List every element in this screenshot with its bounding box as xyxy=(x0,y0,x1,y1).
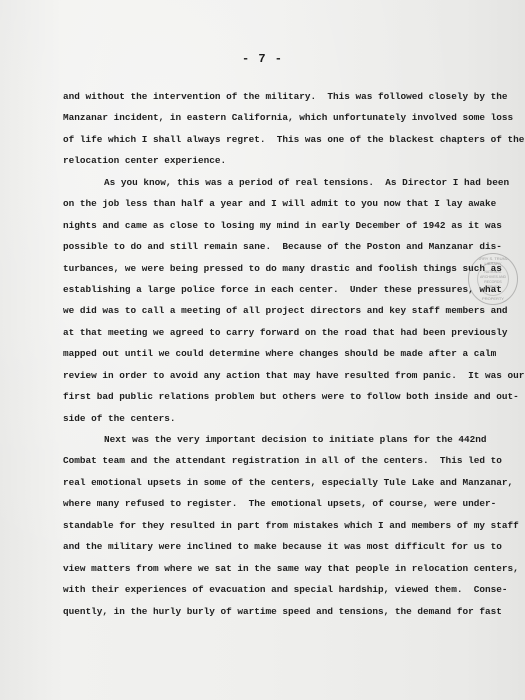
text-line: possible to do and still remain sane. Be… xyxy=(63,236,483,257)
body-text: and without the intervention of the mili… xyxy=(63,86,483,622)
text-line: with their experiences of evacuation and… xyxy=(63,579,483,600)
library-stamp: HARRY S. TRUMAN LIBRARY NATIONAL ARCHIVE… xyxy=(468,253,518,305)
text-line: and without the intervention of the mili… xyxy=(63,86,483,107)
text-line: Combat team and the attendant registrati… xyxy=(63,450,483,471)
document-page: - 7 - and without the intervention of th… xyxy=(0,0,525,700)
text-line: real emotional upsets in some of the cen… xyxy=(63,472,483,493)
text-line: and the military were inclined to make b… xyxy=(63,536,483,557)
stamp-middle-text: NATIONAL ARCHIVES AND RECORDS SERVICE xyxy=(469,270,517,290)
text-line: Manzanar incident, in eastern California… xyxy=(63,107,483,128)
text-line: on the job less than half a year and I w… xyxy=(63,193,483,214)
text-line: first bad public relations problem but o… xyxy=(63,386,483,407)
text-line: standable for they resulted in part from… xyxy=(63,515,483,536)
stamp-middle-line: SERVICE xyxy=(469,285,517,290)
text-line: side of the centers. xyxy=(63,408,483,429)
stamp-bottom-text: PROPERTY xyxy=(469,296,517,301)
page-number: - 7 - xyxy=(0,52,525,66)
text-line: relocation center experience. xyxy=(63,150,483,171)
text-line: establishing a large police force in eac… xyxy=(63,279,483,300)
text-line: turbances, we were being pressed to do m… xyxy=(63,258,483,279)
text-line: at that meeting we agreed to carry forwa… xyxy=(63,322,483,343)
text-line: review in order to avoid any action that… xyxy=(63,365,483,386)
text-line: of life which I shall always regret. Thi… xyxy=(63,129,483,150)
text-line: nights and came as close to losing my mi… xyxy=(63,215,483,236)
text-line: we did was to call a meeting of all proj… xyxy=(63,300,483,321)
text-line: As you know, this was a period of real t… xyxy=(63,172,483,193)
text-line: Next was the very important decision to … xyxy=(63,429,483,450)
text-line: where many refused to register. The emot… xyxy=(63,493,483,514)
stamp-top-text: HARRY S. TRUMAN LIBRARY xyxy=(469,256,517,266)
text-line: quently, in the hurly burly of wartime s… xyxy=(63,601,483,622)
text-line: view matters from where we sat in the sa… xyxy=(63,558,483,579)
text-line: mapped out until we could determine wher… xyxy=(63,343,483,364)
